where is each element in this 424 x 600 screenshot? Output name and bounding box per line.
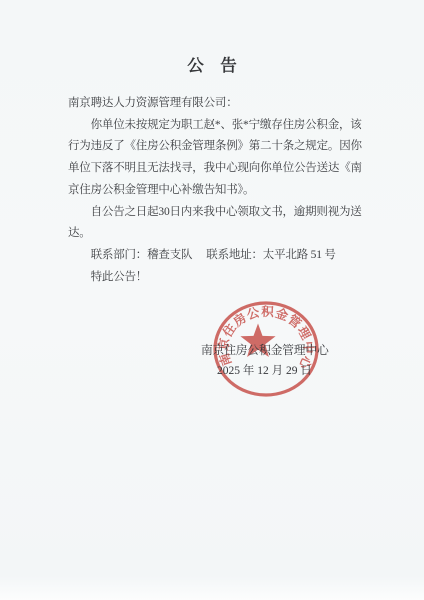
body-line: 联系部门：稽查支队 联系地址：太平北路 51 号 — [68, 245, 362, 267]
body-line: 京住房公积金管理中心补缴告知书》。 — [68, 180, 362, 202]
signature-date: 2025 年 12 月 29 日 — [217, 362, 312, 378]
body-line: 你单位未按规定为职工赵*、张*宁缴存住房公积金，该 — [68, 115, 362, 137]
body-line: 自公告之日起30日内来我中心领取文书，逾期则视为送 — [68, 202, 362, 224]
body-line: 单位下落不明且无法找寻，我中心现向你单位公告送达《南 — [68, 158, 362, 180]
scanned-notice-page: 公 告 南京聘达人力资源管理有限公司： 你单位未按规定为职工赵*、张*宁缴存住房… — [0, 0, 424, 600]
signature-org: 南京住房公积金管理中心 — [201, 341, 329, 358]
notice-body: 南京聘达人力资源管理有限公司： 你单位未按规定为职工赵*、张*宁缴存住房公积金，… — [68, 93, 362, 288]
body-line: 特此公告！ — [68, 267, 362, 289]
body-line: 南京聘达人力资源管理有限公司： — [68, 93, 362, 115]
body-line: 达。 — [68, 223, 362, 245]
body-line: 行为违反了《住房公积金管理条例》第二十条之规定。因你 — [68, 136, 362, 158]
notice-title: 公 告 — [0, 52, 424, 76]
